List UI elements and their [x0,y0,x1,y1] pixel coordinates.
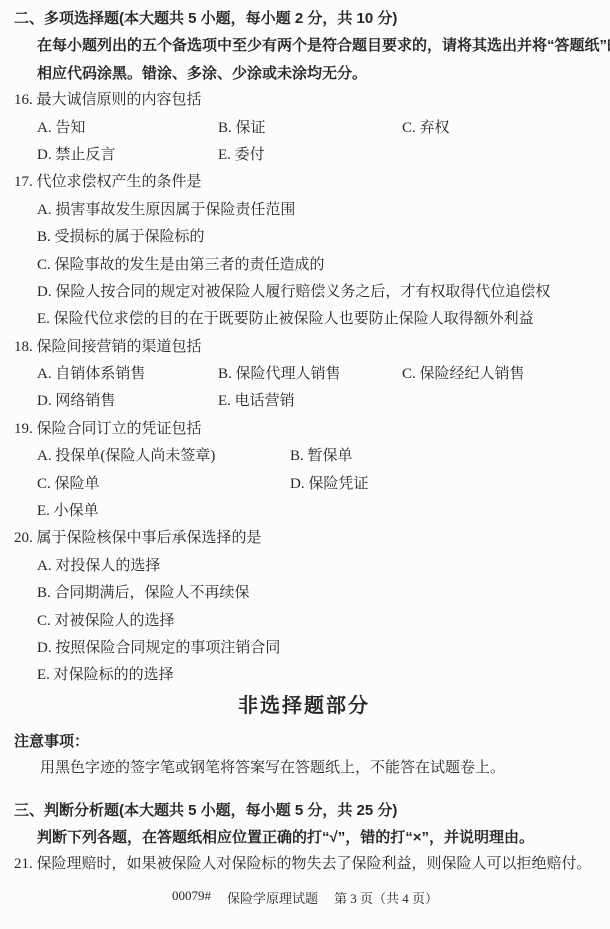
question-18-option-e: E. 电话营销 [218,388,295,415]
question-19-option-d: D. 保险凭证 [290,471,368,498]
footer-page-indicator: 第 3 页（共 4 页） [334,888,438,907]
question-20-stem: 20. 属于保险核保中事后承保选择的是 [14,525,594,552]
question-20-option-b: B. 合同期满后，保险人不再续保 [14,580,594,607]
notice-label: 注意事项： [14,728,594,755]
question-18-option-c: C. 保险经纪人销售 [402,361,525,388]
mcq-instruction-line-2: 相应代码涂黑。错涂、多涂、少涂或未涂均无分。 [14,60,594,87]
question-17-option-b: B. 受损标的属于保险标的 [14,224,594,251]
question-20-option-e: E. 对保险标的的选择 [14,662,594,689]
question-19-option-b: B. 暂保单 [290,443,353,470]
question-17-option-a: A. 损害事故发生原因属于保险责任范围 [14,197,594,224]
mcq-section-heading: 二、多项选择题(本大题共 5 小题，每小题 2 分，共 10 分) [14,5,594,32]
question-17-stem: 17. 代位求偿权产生的条件是 [14,169,594,196]
question-16-options-row-1: A. 告知 B. 保证 C. 弃权 [14,115,594,142]
question-16-option-c: C. 弃权 [402,115,450,142]
notice-text: 用黑色字迹的签字笔或钢笔将答案写在答题纸上，不能答在试题卷上。 [14,755,594,782]
question-19-option-c: C. 保险单 [37,471,100,498]
mcq-instruction-line-1: 在每小题列出的五个备选项中至少有两个是符合题目要求的，请将其选出并将“答题纸”的 [14,32,594,59]
question-16-stem: 16. 最大诚信原则的内容包括 [14,87,594,114]
question-18-option-b: B. 保险代理人销售 [218,361,341,388]
question-18-option-a: A. 自销体系销售 [37,361,145,388]
footer-paper-code: 00079# [172,888,211,907]
question-19-options-row-1: A. 投保单(保险人尚未签章) B. 暂保单 [14,443,594,470]
question-20-option-c: C. 对被保险人的选择 [14,608,594,635]
footer-paper-title: 保险学原理试题 [227,888,318,907]
question-17-option-d: D. 保险人按合同的规定对被保险人履行赔偿义务之后，才有权取得代位追偿权 [14,279,594,306]
question-20-option-a: A. 对投保人的选择 [14,553,594,580]
question-19-option-e: E. 小保单 [14,498,594,525]
question-18-options-row-1: A. 自销体系销售 B. 保险代理人销售 C. 保险经纪人销售 [14,361,594,388]
question-16-option-d: D. 禁止反言 [37,142,115,169]
judge-section-heading: 三、判断分析题(本大题共 5 小题，每小题 5 分，共 25 分) [14,797,594,824]
page-footer: 00079# 保险学原理试题 第 3 页（共 4 页） [0,888,610,907]
question-19-options-row-2: C. 保险单 D. 保险凭证 [14,471,594,498]
question-16-options-row-2: D. 禁止反言 E. 委付 [14,142,594,169]
question-20-option-d: D. 按照保险合同规定的事项注销合同 [14,635,594,662]
question-16-option-b: B. 保证 [218,115,266,142]
exam-paper-page: 二、多项选择题(本大题共 5 小题，每小题 2 分，共 10 分) 在每小题列出… [0,0,610,929]
question-18-options-row-2: D. 网络销售 E. 电话营销 [14,388,594,415]
question-17-option-c: C. 保险事故的发生是由第三者的责任造成的 [14,252,594,279]
question-21-text: 21. 保险理赔时，如果被保险人对保险标的物失去了保险利益，则保险人可以拒绝赔付… [14,851,594,878]
question-19-option-a: A. 投保单(保险人尚未签章) [37,443,215,470]
question-19-stem: 19. 保险合同订立的凭证包括 [14,416,594,443]
question-16-option-a: A. 告知 [37,115,85,142]
non-mcq-part-title: 非选择题部分 [14,690,594,722]
judge-instruction: 判断下列各题，在答题纸相应位置正确的打“√”，错的打“×”，并说明理由。 [14,824,594,851]
question-16-option-e: E. 委付 [218,142,265,169]
question-18-option-d: D. 网络销售 [37,388,115,415]
question-18-stem: 18. 保险间接营销的渠道包括 [14,334,594,361]
question-17-option-e: E. 保险代位求偿的目的在于既要防止被保险人也要防止保险人取得额外利益 [14,306,594,333]
